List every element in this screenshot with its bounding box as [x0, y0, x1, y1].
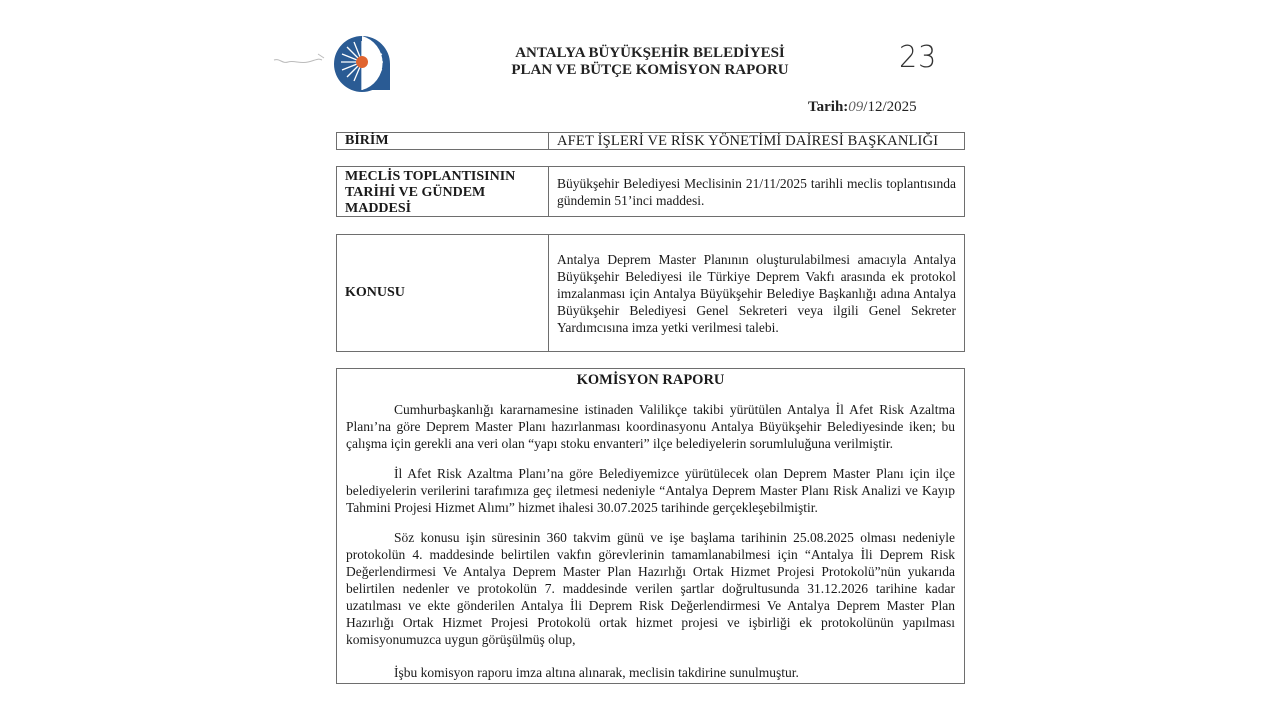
- subject-label: KONUSU: [337, 235, 549, 351]
- report-paragraph: İl Afet Risk Azaltma Planı’na göre Beled…: [346, 465, 955, 516]
- unit-row: BİRİM AFET İŞLERİ VE RİSK YÖNETİMİ DAİRE…: [336, 132, 965, 150]
- date-label: Tarih:: [808, 99, 848, 115]
- handwritten-page-number: 23: [899, 40, 937, 75]
- handwritten-mark-icon: [272, 48, 330, 70]
- report-closing-paragraph: İşbu komisyon raporu imza altına alınara…: [346, 664, 955, 681]
- subject-value: Antalya Deprem Master Planının oluşturul…: [549, 235, 964, 351]
- unit-label: BİRİM: [337, 133, 549, 149]
- council-meeting-label: MECLİS TOPLANTISININ TARİHİ VE GÜNDEM MA…: [337, 167, 549, 216]
- council-meeting-value: Büyükşehir Belediyesi Meclisinin 21/11/2…: [549, 167, 964, 216]
- commission-report-title: KOMİSYON RAPORU: [346, 371, 955, 389]
- document-header: ANTALYA BÜYÜKŞEHİR BELEDİYESİ PLAN VE BÜ…: [480, 45, 820, 79]
- unit-value: AFET İŞLERİ VE RİSK YÖNETİMİ DAİRESİ BAŞ…: [549, 133, 964, 149]
- date-month-year: /12/2025: [863, 99, 916, 115]
- report-paragraph: Söz konusu işin süresinin 360 takvim gün…: [346, 529, 955, 648]
- report-type: PLAN VE BÜTÇE KOMİSYON RAPORU: [480, 62, 820, 79]
- commission-report-box: KOMİSYON RAPORU Cumhurbaşkanlığı kararna…: [336, 368, 965, 684]
- date-day: 09: [848, 99, 863, 115]
- antalya-municipality-logo-icon: [332, 34, 394, 92]
- organization-name: ANTALYA BÜYÜKŞEHİR BELEDİYESİ: [480, 45, 820, 62]
- subject-row: KONUSU Antalya Deprem Master Planının ol…: [336, 234, 965, 352]
- report-paragraph: Cumhurbaşkanlığı kararnamesine istinaden…: [346, 401, 955, 452]
- report-date: Tarih:09/12/2025: [808, 99, 917, 116]
- council-meeting-row: MECLİS TOPLANTISININ TARİHİ VE GÜNDEM MA…: [336, 166, 965, 217]
